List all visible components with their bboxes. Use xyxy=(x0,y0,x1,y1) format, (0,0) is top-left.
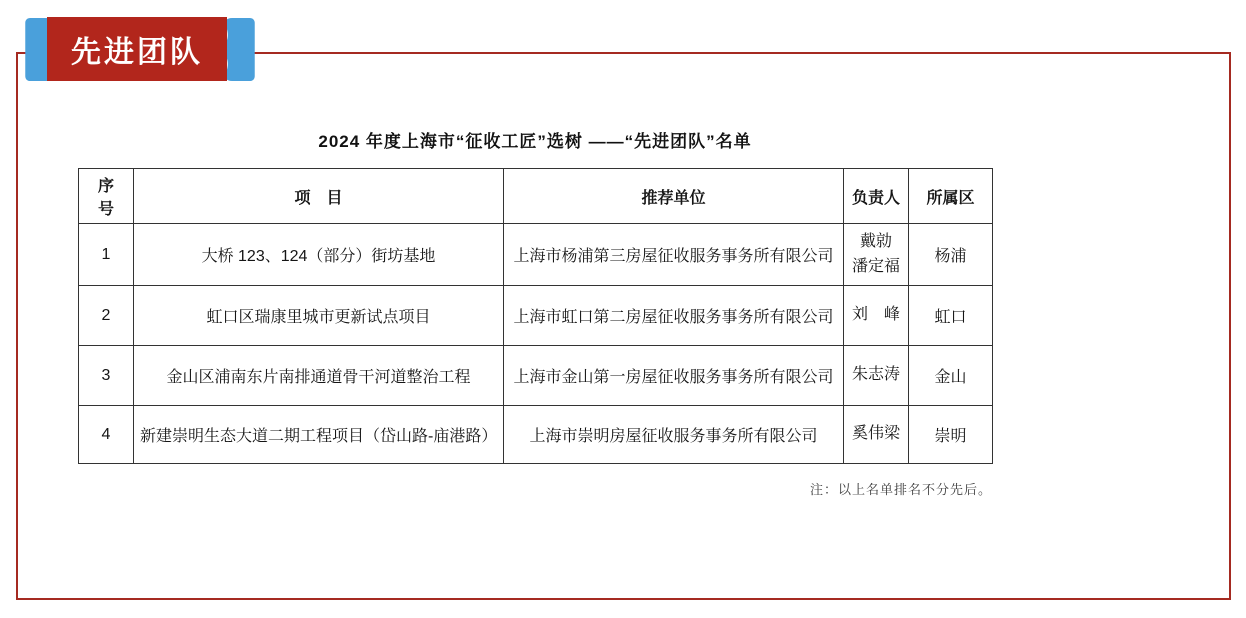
cell-unit: 上海市崇明房屋征收服务事务所有限公司 xyxy=(504,406,844,464)
page: 先进团队 2024 年度上海市“征收工匠”选树 ——“先进团队”名单 序 号 项… xyxy=(0,0,1246,618)
cell-district: 金山 xyxy=(909,346,993,406)
cell-project: 大桥 123、124（部分）街坊基地 xyxy=(134,224,504,286)
cell-leader: 戴勍 潘定福 xyxy=(844,224,909,286)
banner-title: 先进团队 xyxy=(47,17,227,81)
cell-district: 虹口 xyxy=(909,286,993,346)
cell-project: 金山区浦南东片南排通道骨干河道整治工程 xyxy=(134,346,504,406)
awards-table: 序 号 项 目 推荐单位 负责人 所属区 1 大桥 123、124（部分）街坊基… xyxy=(78,168,993,464)
cell-unit: 上海市杨浦第三房屋征收服务事务所有限公司 xyxy=(504,224,844,286)
footnote: 注：以上名单排名不分先后。 xyxy=(78,479,992,498)
table-row: 4 新建崇明生态大道二期工程项目（岱山路-庙港路） 上海市崇明房屋征收服务事务所… xyxy=(79,406,993,464)
banner: 先进团队 xyxy=(25,17,255,81)
cell-no: 2 xyxy=(79,286,134,346)
cell-no: 1 xyxy=(79,224,134,286)
cell-project: 虹口区瑞康里城市更新试点项目 xyxy=(134,286,504,346)
col-header-district: 所属区 xyxy=(909,169,993,224)
cell-district: 崇明 xyxy=(909,406,993,464)
col-header-project: 项 目 xyxy=(134,169,504,224)
col-header-no: 序 号 xyxy=(79,169,134,224)
cell-no: 4 xyxy=(79,406,134,464)
col-header-unit: 推荐单位 xyxy=(504,169,844,224)
cell-no: 3 xyxy=(79,346,134,406)
cell-district: 杨浦 xyxy=(909,224,993,286)
cell-leader: 朱志涛 xyxy=(844,346,909,406)
cell-leader: 刘 峰 xyxy=(844,286,909,346)
table-header-row: 序 号 项 目 推荐单位 负责人 所属区 xyxy=(79,169,993,224)
table-row: 1 大桥 123、124（部分）街坊基地 上海市杨浦第三房屋征收服务事务所有限公… xyxy=(79,224,993,286)
document-title: 2024 年度上海市“征收工匠”选树 ——“先进团队”名单 xyxy=(78,127,992,152)
cell-project: 新建崇明生态大道二期工程项目（岱山路-庙港路） xyxy=(134,406,504,464)
table-row: 3 金山区浦南东片南排通道骨干河道整治工程 上海市金山第一房屋征收服务事务所有限… xyxy=(79,346,993,406)
col-header-leader: 负责人 xyxy=(844,169,909,224)
cell-unit: 上海市金山第一房屋征收服务事务所有限公司 xyxy=(504,346,844,406)
table-row: 2 虹口区瑞康里城市更新试点项目 上海市虹口第二房屋征收服务事务所有限公司 刘 … xyxy=(79,286,993,346)
cell-unit: 上海市虹口第二房屋征收服务事务所有限公司 xyxy=(504,286,844,346)
cell-leader: 奚伟梁 xyxy=(844,406,909,464)
